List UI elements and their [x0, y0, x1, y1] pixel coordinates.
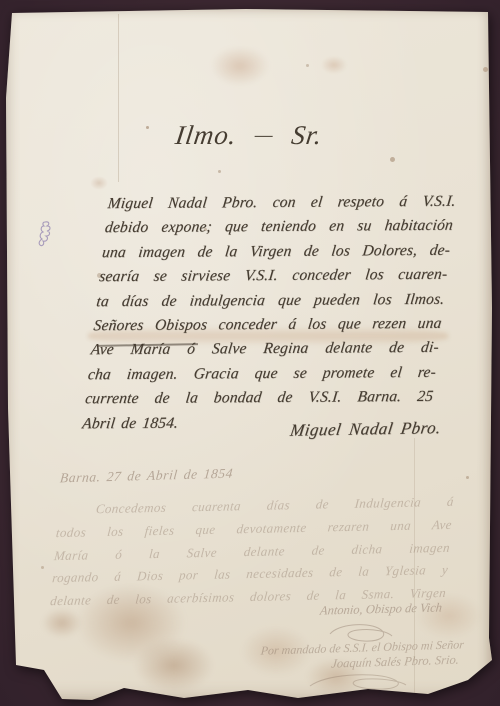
- body-line: debido expone; que teniendo en su habita…: [103, 214, 454, 241]
- decree-text: Concedemos cuarenta días de Indulgencia …: [49, 491, 455, 614]
- body-line: searía se sirviese V.S.I. conceder los c…: [98, 263, 449, 290]
- body-line: cha imagen. Gracia que se promete el re-: [87, 361, 438, 388]
- salutation-ilmo: Ilmo.: [173, 120, 239, 151]
- body-line: Ave María ó Salve Regina delante de di-: [89, 336, 440, 363]
- salutation-sr: Sr.: [289, 120, 324, 151]
- body-line: ta días de indulgencia que pueden los Il…: [95, 287, 446, 314]
- document-paper: Ilmo. — Sr. Miguel Nadal Pbro. con el re…: [6, 8, 492, 702]
- paper-shadow-wrap: Ilmo. — Sr. Miguel Nadal Pbro. con el re…: [6, 8, 494, 706]
- flourish-dash: —: [253, 124, 276, 151]
- body-line: una imagen de la Virgen de los Dolores, …: [101, 239, 452, 266]
- body-line: currente de la bondad de V.S.I. Barna. 2…: [84, 385, 435, 412]
- secretary-rubric-flourish: [302, 670, 412, 696]
- paper-crease: [118, 14, 119, 182]
- purple-ink-stamp: [36, 220, 56, 250]
- foxing-stain: [321, 56, 347, 74]
- decree-date-line: Barna. 27 de Abril de 1854: [59, 466, 234, 487]
- body-line: Miguel Nadal Pbro. con el respeto á V.S.…: [106, 190, 457, 217]
- bishop-signature: Antonio, Obispo de Vich: [295, 600, 466, 619]
- photo-background: Ilmo. — Sr. Miguel Nadal Pbro. con el re…: [0, 0, 500, 706]
- body-line: Señores Obispos conceder á los que rezen…: [92, 312, 443, 339]
- letter-body: Miguel Nadal Pbro. con el respeto á V.S.…: [81, 190, 457, 437]
- letter-salutation: Ilmo. — Sr.: [4, 120, 494, 151]
- foxing-stain: [211, 46, 269, 86]
- foxing-stain: [90, 176, 108, 190]
- petitioner-signature: Miguel Nadal Pbro.: [225, 418, 443, 442]
